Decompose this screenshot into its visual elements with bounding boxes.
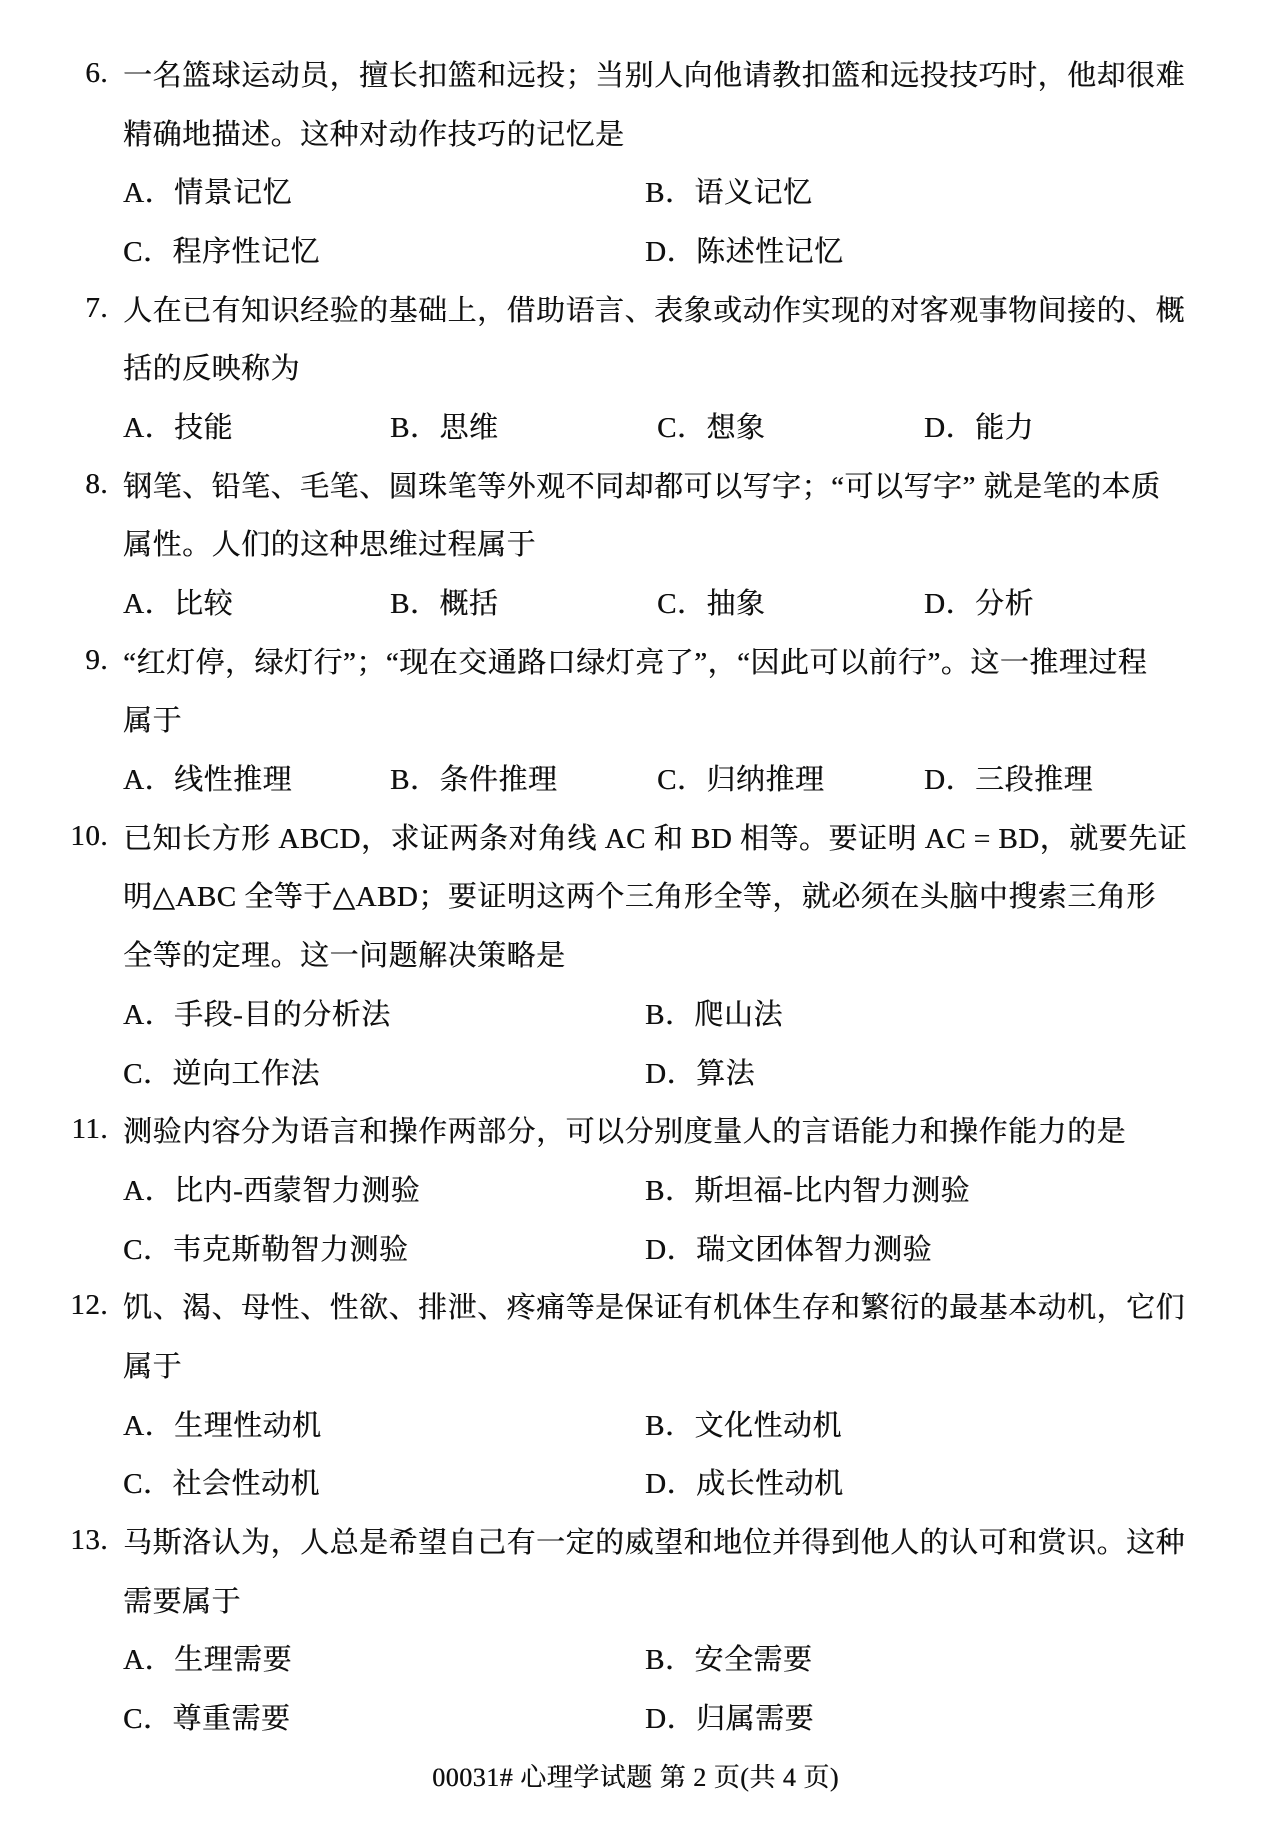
question-6-options-row-2: C．程序性记忆 D．陈述性记忆 — [0, 220, 1271, 279]
question-12-row-1: 12. 饥、渴、母性、性欲、排泄、疼痛等是保证有机体生存和繁衍的最基本动机，它们 — [0, 1276, 1271, 1335]
question-8-option-c: C．抽象 — [657, 581, 924, 622]
question-7-option-c: C．想象 — [657, 405, 924, 446]
question-8-row-1: 8. 钢笔、铅笔、毛笔、圆珠笔等外观不同却都可以写字；“可以写字” 就是笔的本质 — [0, 455, 1271, 514]
question-10-options-row-1: A．手段-目的分析法 B．爬山法 — [0, 983, 1271, 1042]
question-11-text-line-1: 测验内容分为语言和操作两部分，可以分别度量人的言语能力和操作能力的是 — [123, 1109, 1271, 1150]
question-11-option-c: C．韦克斯勒智力测验 — [123, 1227, 645, 1268]
question-13-row-1: 13. 马斯洛认为，人总是希望自己有一定的威望和地位并得到他人的认可和赏识。这种 — [0, 1511, 1271, 1570]
question-10-row-1: 10. 已知长方形 ABCD，求证两条对角线 AC 和 BD 相等。要证明 AC… — [0, 807, 1271, 866]
question-9-row-1: 9. “红灯停，绿灯行”；“现在交通路口绿灯亮了”，“因此可以前行”。这一推理过… — [0, 631, 1271, 690]
question-10-row-3: 全等的定理。这一问题解决策略是 — [0, 924, 1271, 983]
question-10-options-row-2: C．逆向工作法 D．算法 — [0, 1042, 1271, 1101]
question-13-options-row-1: A．生理需要 B．安全需要 — [0, 1629, 1271, 1688]
question-10-option-a: A．手段-目的分析法 — [123, 992, 645, 1033]
question-9-option-a: A．线性推理 — [123, 757, 390, 798]
question-11-option-a: A．比内-西蒙智力测验 — [123, 1168, 645, 1209]
question-9-option-b: B．条件推理 — [390, 757, 657, 798]
exam-page: 6. 一名篮球运动员，擅长扣篮和远投；当别人向他请教扣篮和远投技巧时，他却很难 … — [0, 0, 1271, 1835]
question-10-option-c: C．逆向工作法 — [123, 1051, 645, 1092]
question-8-option-d: D．分析 — [924, 581, 1034, 622]
question-6-options-row-1: A．情景记忆 B．语义记忆 — [0, 161, 1271, 220]
question-13-row-2: 需要属于 — [0, 1570, 1271, 1629]
question-8-text-line-1: 钢笔、铅笔、毛笔、圆珠笔等外观不同却都可以写字；“可以写字” 就是笔的本质 — [123, 464, 1271, 505]
question-6-option-c: C．程序性记忆 — [123, 229, 645, 270]
question-13-text-line-2: 需要属于 — [123, 1579, 1271, 1620]
question-7-row-1: 7. 人在已有知识经验的基础上，借助语言、表象或动作实现的对客观事物间接的、概 — [0, 279, 1271, 338]
question-10-option-d: D．算法 — [645, 1051, 755, 1092]
question-11-options-row-1: A．比内-西蒙智力测验 B．斯坦福-比内智力测验 — [0, 1159, 1271, 1218]
question-12-option-c: C．社会性动机 — [123, 1461, 645, 1502]
question-11-row-1: 11. 测验内容分为语言和操作两部分，可以分别度量人的言语能力和操作能力的是 — [0, 1100, 1271, 1159]
question-6-text-line-1: 一名篮球运动员，擅长扣篮和远投；当别人向他请教扣篮和远投技巧时，他却很难 — [123, 53, 1271, 94]
question-10-text-line-3: 全等的定理。这一问题解决策略是 — [123, 933, 1271, 974]
question-10-text-line-1: 已知长方形 ABCD，求证两条对角线 AC 和 BD 相等。要证明 AC = B… — [123, 816, 1271, 857]
question-7-number: 7. — [0, 292, 108, 325]
question-9-option-d: D．三段推理 — [924, 757, 1093, 798]
question-6-option-a: A．情景记忆 — [123, 170, 645, 211]
question-10-number: 10. — [0, 820, 108, 853]
question-13-options-row-2: C．尊重需要 D．归属需要 — [0, 1687, 1271, 1746]
question-9-option-c: C．归纳推理 — [657, 757, 924, 798]
question-7-text-line-2: 括的反映称为 — [123, 346, 1271, 387]
question-8-number: 8. — [0, 468, 108, 501]
question-7-option-b: B．思维 — [390, 405, 657, 446]
question-9-text-line-1: “红灯停，绿灯行”；“现在交通路口绿灯亮了”，“因此可以前行”。这一推理过程 — [123, 640, 1271, 681]
question-6-row-2: 精确地描述。这种对动作技巧的记忆是 — [0, 103, 1271, 162]
page-footer-text: 00031# 心理学试题 第 2 页(共 4 页) — [432, 1757, 839, 1794]
question-7-row-2: 括的反映称为 — [0, 337, 1271, 396]
question-12-option-a: A．生理性动机 — [123, 1403, 645, 1444]
question-6-option-d: D．陈述性记忆 — [645, 229, 843, 270]
question-12-options-row-2: C．社会性动机 D．成长性动机 — [0, 1453, 1271, 1512]
question-12-text-line-1: 饥、渴、母性、性欲、排泄、疼痛等是保证有机体生存和繁衍的最基本动机，它们 — [123, 1285, 1271, 1326]
question-12-row-2: 属于 — [0, 1335, 1271, 1394]
question-13-option-a: A．生理需要 — [123, 1637, 645, 1678]
question-12-text-line-2: 属于 — [123, 1344, 1271, 1385]
page-footer: 00031# 心理学试题 第 2 页(共 4 页) — [0, 1746, 1271, 1805]
question-10-option-b: B．爬山法 — [645, 992, 783, 1033]
question-11-option-b: B．斯坦福-比内智力测验 — [645, 1168, 970, 1209]
question-12-option-b: B．文化性动机 — [645, 1403, 842, 1444]
question-11-option-d: D．瑞文团体智力测验 — [645, 1227, 932, 1268]
question-13-text-line-1: 马斯洛认为，人总是希望自己有一定的威望和地位并得到他人的认可和赏识。这种 — [123, 1520, 1271, 1561]
question-11-options-row-2: C．韦克斯勒智力测验 D．瑞文团体智力测验 — [0, 1218, 1271, 1277]
question-6-text-line-2: 精确地描述。这种对动作技巧的记忆是 — [123, 112, 1271, 153]
question-8-text-line-2: 属性。人们的这种思维过程属于 — [123, 522, 1271, 563]
question-9-text-line-2: 属于 — [123, 698, 1271, 739]
question-6-option-b: B．语义记忆 — [645, 170, 812, 211]
question-12-number: 12. — [0, 1289, 108, 1322]
question-9-number: 9. — [0, 644, 108, 677]
question-6-row-1: 6. 一名篮球运动员，擅长扣篮和远投；当别人向他请教扣篮和远投技巧时，他却很难 — [0, 44, 1271, 103]
question-13-option-d: D．归属需要 — [645, 1696, 814, 1737]
question-13-number: 13. — [0, 1524, 108, 1557]
question-9-row-2: 属于 — [0, 690, 1271, 749]
question-13-option-b: B．安全需要 — [645, 1637, 812, 1678]
question-12-option-d: D．成长性动机 — [645, 1461, 843, 1502]
question-7-text-line-1: 人在已有知识经验的基础上，借助语言、表象或动作实现的对客观事物间接的、概 — [123, 288, 1271, 329]
question-10-text-line-2: 明△ABC 全等于△ABD；要证明这两个三角形全等，就必须在头脑中搜索三角形 — [123, 874, 1271, 915]
question-8-option-a: A．比较 — [123, 581, 390, 622]
question-8-row-2: 属性。人们的这种思维过程属于 — [0, 514, 1271, 573]
question-8-option-b: B．概括 — [390, 581, 657, 622]
question-13-option-c: C．尊重需要 — [123, 1696, 645, 1737]
question-7-option-d: D．能力 — [924, 405, 1034, 446]
question-12-options-row-1: A．生理性动机 B．文化性动机 — [0, 1394, 1271, 1453]
question-8-options-row-1: A．比较 B．概括 C．抽象 D．分析 — [0, 572, 1271, 631]
question-10-row-2: 明△ABC 全等于△ABD；要证明这两个三角形全等，就必须在头脑中搜索三角形 — [0, 866, 1271, 925]
question-11-number: 11. — [0, 1113, 108, 1146]
question-9-options-row-1: A．线性推理 B．条件推理 C．归纳推理 D．三段推理 — [0, 748, 1271, 807]
question-7-options-row-1: A．技能 B．思维 C．想象 D．能力 — [0, 396, 1271, 455]
question-7-option-a: A．技能 — [123, 405, 390, 446]
question-6-number: 6. — [0, 57, 108, 90]
